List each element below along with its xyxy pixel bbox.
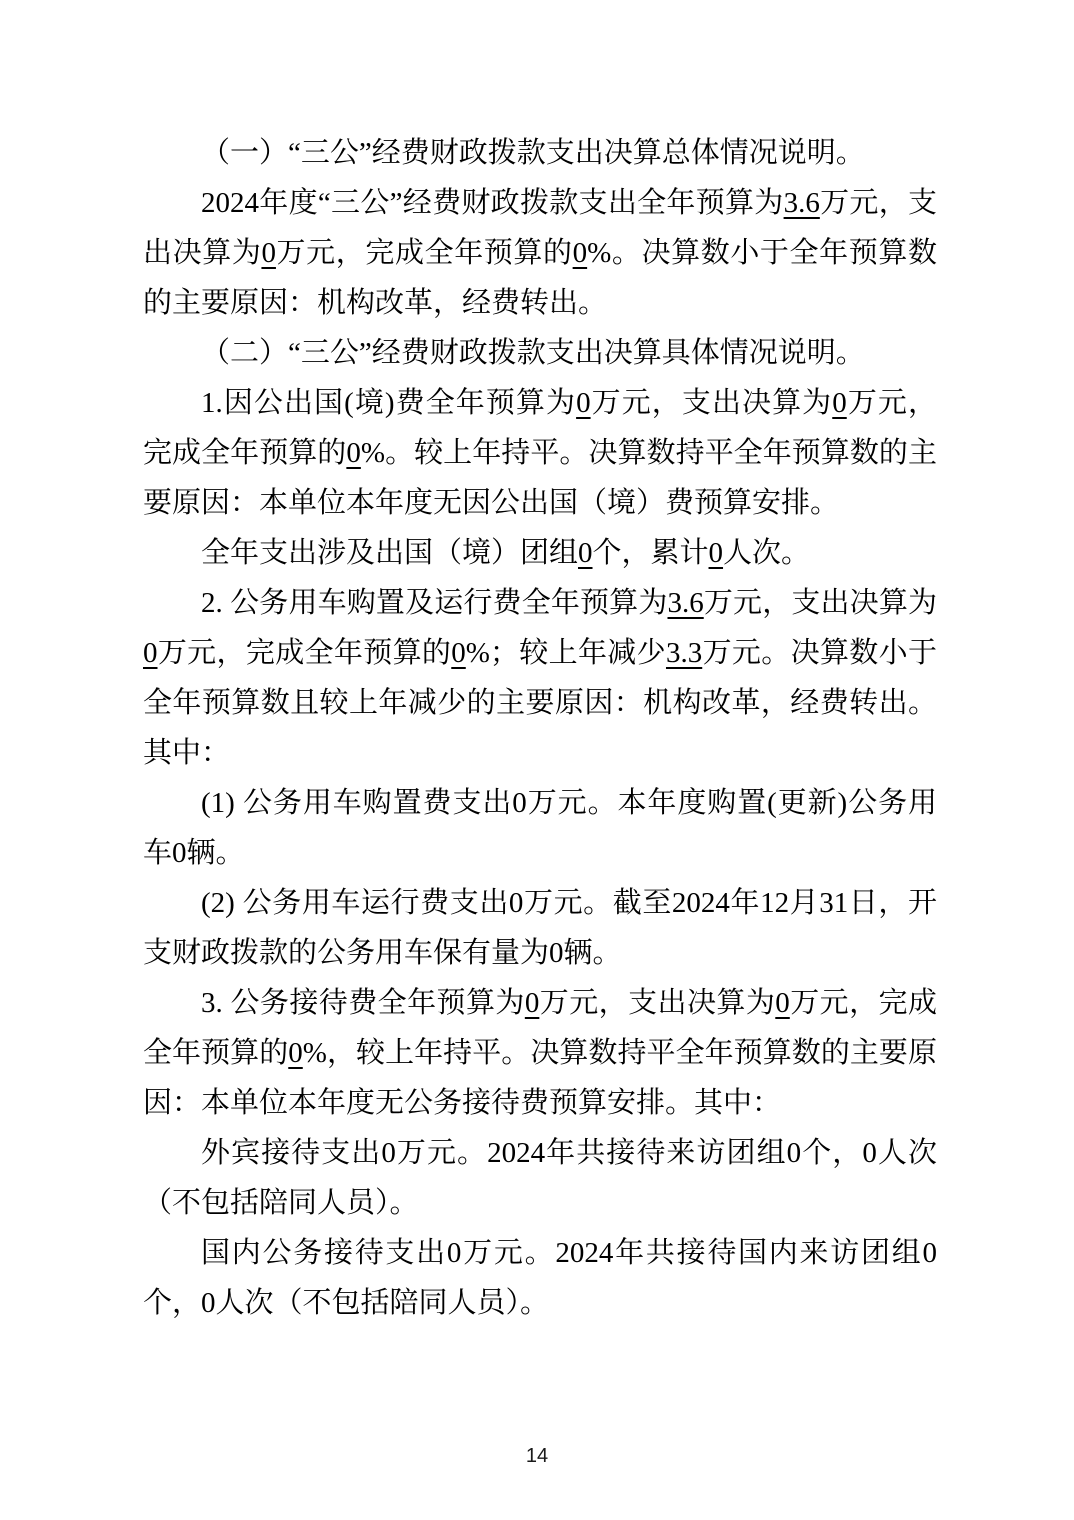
text-run: 万元，支出决算为 bbox=[591, 387, 833, 419]
underlined-value: 0 bbox=[578, 537, 593, 569]
underlined-value: 0 bbox=[775, 987, 790, 1019]
text-run: 万元，完成全年预算的 bbox=[158, 637, 452, 669]
item-3-reception-expense: 3. 公务接待费全年预算为0万元，支出决算为0万元，完成全年预算的0%，较上年持… bbox=[143, 978, 937, 1128]
item-1-abroad-expense: 1.因公出国(境)费全年预算为0万元，支出决算为0万元，完成全年预算的0%。较上… bbox=[143, 378, 937, 528]
underlined-value: 0 bbox=[346, 437, 361, 469]
text-run: 外宾接待支出0万元。2024年共接待来访团组0个，0人次（不包括陪同人员）。 bbox=[143, 1137, 937, 1219]
underlined-value: 0 bbox=[451, 637, 466, 669]
section-1-heading: （一）“三公”经费财政拨款支出决算总体情况说明。 bbox=[143, 128, 937, 178]
underlined-value: 0 bbox=[261, 237, 276, 269]
item-2-2-vehicle-operation: (2) 公务用车运行费支出0万元。截至2024年12月31日，开支财政拨款的公务… bbox=[143, 878, 937, 978]
underlined-value: 0 bbox=[709, 537, 724, 569]
underlined-value: 3.3 bbox=[666, 637, 702, 669]
item-2-1-vehicle-purchase: (1) 公务用车购置费支出0万元。本年度购置(更新)公务用车0辆。 bbox=[143, 778, 937, 878]
text-run: 人次。 bbox=[723, 537, 810, 569]
section-2-heading: （二）“三公”经费财政拨款支出决算具体情况说明。 bbox=[143, 328, 937, 378]
document-body: （一）“三公”经费财政拨款支出决算总体情况说明。2024年度“三公”经费财政拨款… bbox=[143, 128, 937, 1328]
text-run: （一）“三公”经费财政拨款支出决算总体情况说明。 bbox=[201, 137, 865, 169]
text-run: 万元，完成全年预算的 bbox=[276, 237, 573, 269]
underlined-value: 0 bbox=[288, 1037, 303, 1069]
item-3-foreign-reception: 外宾接待支出0万元。2024年共接待来访团组0个，0人次（不包括陪同人员）。 bbox=[143, 1128, 937, 1228]
underlined-value: 0 bbox=[832, 387, 847, 419]
page-number: 14 bbox=[0, 1445, 1074, 1468]
underlined-value: 0 bbox=[143, 637, 158, 669]
underlined-value: 3.6 bbox=[784, 187, 820, 219]
underlined-value: 0 bbox=[525, 987, 540, 1019]
section-1-summary: 2024年度“三公”经费财政拨款支出全年预算为3.6万元，支出决算为0万元，完成… bbox=[143, 178, 937, 328]
text-run: 国内公务接待支出0万元。2024年共接待国内来访团组0个，0人次（不包括陪同人员… bbox=[143, 1237, 937, 1319]
text-run: 个，累计 bbox=[593, 537, 709, 569]
text-run: 全年支出涉及出国（境）团组 bbox=[201, 537, 578, 569]
text-run: 2. 公务用车购置及运行费全年预算为 bbox=[201, 587, 667, 619]
underlined-value: 0 bbox=[576, 387, 591, 419]
item-2-vehicle-expense: 2. 公务用车购置及运行费全年预算为3.6万元，支出决算为0万元，完成全年预算的… bbox=[143, 578, 937, 778]
text-run: %；较上年减少 bbox=[466, 637, 666, 669]
document-page: （一）“三公”经费财政拨款支出决算总体情况说明。2024年度“三公”经费财政拨款… bbox=[0, 0, 1074, 1520]
item-1-abroad-groups: 全年支出涉及出国（境）团组0个，累计0人次。 bbox=[143, 528, 937, 578]
text-run: 3. 公务接待费全年预算为 bbox=[201, 987, 525, 1019]
item-3-domestic-reception: 国内公务接待支出0万元。2024年共接待国内来访团组0个，0人次（不包括陪同人员… bbox=[143, 1228, 937, 1328]
text-run: （二）“三公”经费财政拨款支出决算具体情况说明。 bbox=[201, 337, 865, 369]
text-run: 2024年度“三公”经费财政拨款支出全年预算为 bbox=[201, 187, 784, 219]
underlined-value: 0 bbox=[573, 237, 588, 269]
underlined-value: 3.6 bbox=[667, 587, 703, 619]
text-run: (1) 公务用车购置费支出0万元。本年度购置(更新)公务用车0辆。 bbox=[143, 787, 937, 869]
text-run: 万元，支出决算为 bbox=[539, 987, 775, 1019]
text-run: 1.因公出国(境)费全年预算为 bbox=[201, 387, 576, 419]
text-run: (2) 公务用车运行费支出0万元。截至2024年12月31日，开支财政拨款的公务… bbox=[143, 887, 937, 969]
text-run: 万元，支出决算为 bbox=[704, 587, 937, 619]
